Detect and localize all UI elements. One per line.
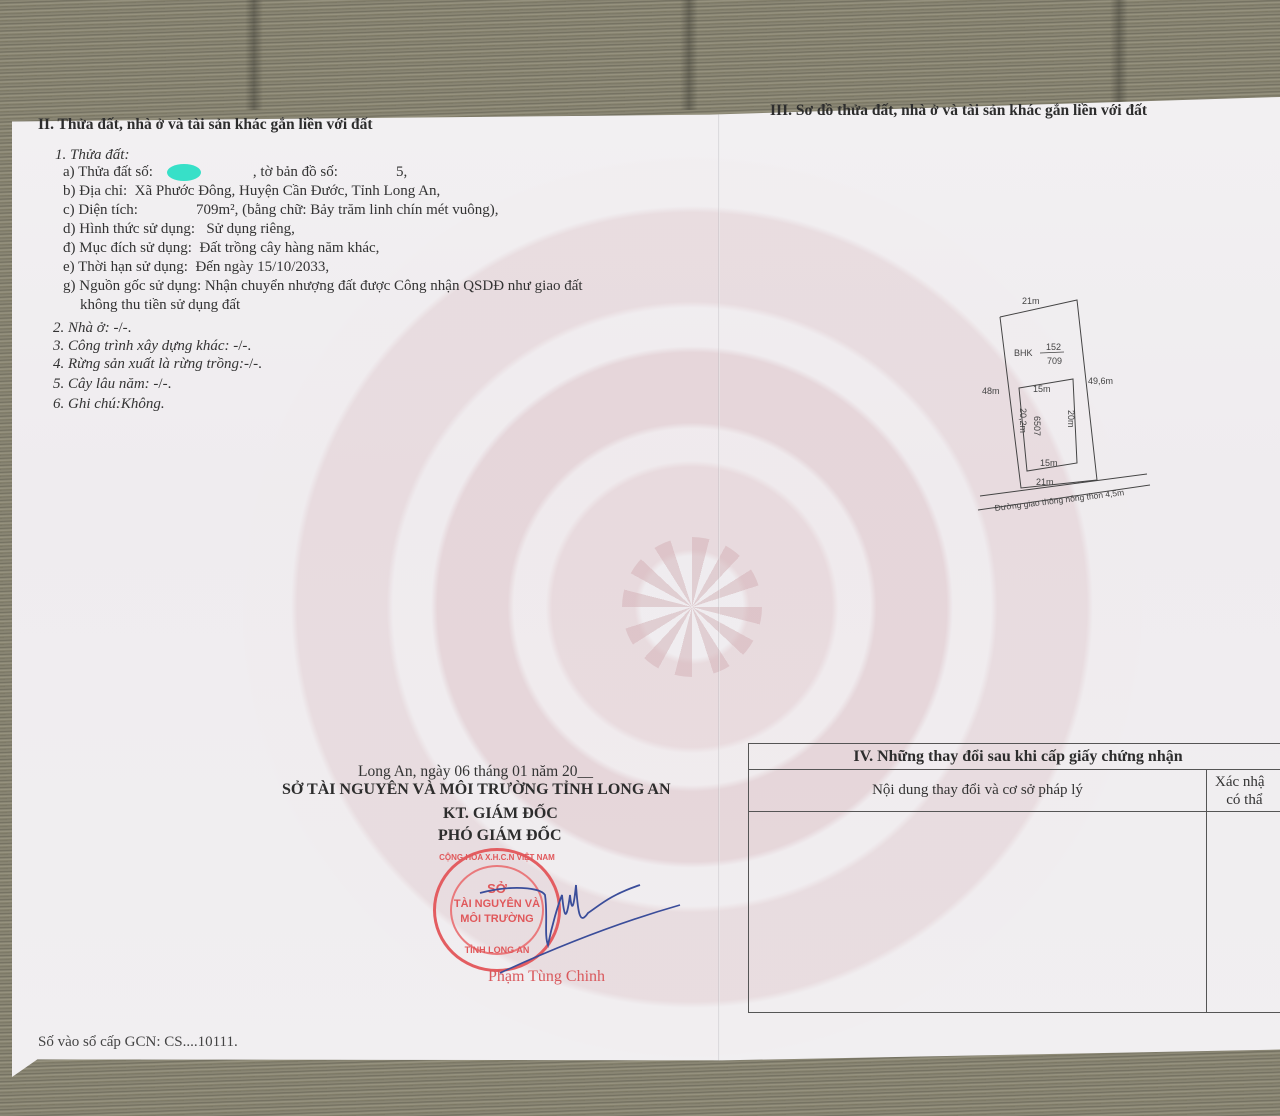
changes-content-cell [749,812,1207,1013]
usage-origin-line2: không thu tiền sử dụng đất [80,296,240,314]
section-ii-title: II. Thửa đất, nhà ở và tài sản khác gắn … [38,116,373,134]
register-number: Số vào sổ cấp GCN: CS....10111. [38,1033,238,1051]
house-row: 2. Nhà ở: -/-. [53,319,131,337]
parcel-no-label: 152 [1046,342,1061,352]
inner-left-label: 20,2m [1018,408,1028,433]
usage-purpose-row: đ) Mục đích sử dụng: Đất trồng cây hàng … [63,239,379,257]
inner-bottom-label: 15m [1040,458,1058,468]
area-row: c) Diện tích:709m², (bằng chữ: Bảy trăm … [63,201,499,219]
background-fold [680,0,698,110]
note-value: Không. [121,396,165,412]
left-edge-label: 48m [982,386,1000,396]
stamp-top-text: CỘNG HÒA X.H.C.N VIỆT NAM [436,853,558,862]
changes-col-confirm-header: Xác nhậ có thẩ [1207,770,1280,812]
changes-confirm-cell [1207,812,1280,1013]
parcel-number-label: a) Thửa đất số: [63,164,153,180]
land-code-label: BHK [1014,348,1033,358]
redaction-mark [167,164,201,181]
page-spine [718,97,720,1077]
changes-col-content-header: Nội dung thay đổi và cơ sở pháp lý [749,770,1207,812]
inner-building-label: 6507 [1032,416,1042,436]
area-value: 709m², (bằng chữ: Bảy trăm linh chín mét… [196,202,499,218]
other-construction-value: -/-. [233,338,251,354]
address-label: b) Địa chỉ: [63,183,127,199]
area-label: c) Diện tích: [63,202,138,218]
other-construction-row: 3. Công trình xây dựng khác: -/-. [53,337,251,355]
usage-term-label: e) Thời hạn sử dụng: [63,259,188,275]
changes-table-title: IV. Những thay đổi sau khi cấp giấy chứn… [749,744,1280,770]
perennial-row: 5. Cây lâu năm: -/-. [53,375,171,393]
usage-form-value: Sử dụng riêng, [206,221,295,237]
parcel-area-label: 709 [1047,356,1062,366]
background-fold [1110,0,1128,110]
road-label: Đường giao thông nông thôn 4,5m [994,487,1125,513]
forest-row: 4. Rừng sản xuất là rừng trồng:-/-. [53,355,262,373]
usage-origin-label: g) Nguồn gốc sử dụng: [63,278,201,294]
note-label: 6. Ghi chú: [53,396,121,412]
signature-scribble [470,865,690,975]
issuing-agency: SỞ TÀI NGUYÊN VÀ MÔI TRƯỜNG TỈNH LONG AN [282,781,671,799]
top-edge-label: 21m [1022,296,1040,306]
house-label: 2. Nhà ở: [53,320,110,336]
signing-date: Long An, ngày 06 tháng 01 năm 20__ [358,763,593,781]
inner-top-label: 15m [1033,384,1051,394]
parcel-heading: 1. Thửa đất: [55,146,129,164]
usage-term-value: Đến ngày 15/10/2033, [195,259,329,275]
right-edge-label: 49,6m [1088,376,1113,386]
section-iii-title: III. Sơ đồ thửa đất, nhà ở và tài sản kh… [770,102,1147,120]
perennial-value: -/-. [153,376,171,392]
usage-purpose-value: Đất trồng cây hàng năm khác, [199,240,379,256]
parcel-diagram: 21m BHK 152 709 48m 49,6m 15m 15m 20,2m … [960,280,1180,610]
usage-origin-value: Nhận chuyển nhượng đất được Công nhận QS… [205,278,583,294]
usage-form-label: d) Hình thức sử dụng: [63,221,195,237]
parcel-number-row: a) Thửa đất số:, tờ bản đồ số:5, [63,163,407,181]
usage-term-row: e) Thời hạn sử dụng: Đến ngày 15/10/2033… [63,258,329,276]
usage-purpose-label: đ) Mục đích sử dụng: [63,240,192,256]
background-fold [245,0,263,110]
bottom-edge-label: 21m [1036,477,1054,487]
note-row: 6. Ghi chú:Không. [53,395,165,413]
signer-role-2: PHÓ GIÁM ĐỐC [438,827,562,845]
map-sheet-label: , tờ bản đồ số: [253,164,338,180]
confirm-header-line2: có thẩ [1226,792,1262,808]
address-value: Xã Phước Đông, Huyện Cần Đước, Tỉnh Long… [135,183,441,199]
map-sheet-value: 5, [396,164,407,180]
usage-form-row: d) Hình thức sử dụng: Sử dụng riêng, [63,220,295,238]
changes-table: IV. Những thay đổi sau khi cấp giấy chứn… [748,743,1280,1013]
perennial-label: 5. Cây lâu năm: [53,376,150,392]
other-construction-label: 3. Công trình xây dựng khác: [53,338,229,354]
house-value: -/-. [114,320,132,336]
forest-value: -/-. [244,356,262,372]
signer-role-1: KT. GIÁM ĐỐC [443,805,558,823]
forest-label: 4. Rừng sản xuất là rừng trồng: [53,356,244,372]
signer-name: Phạm Tùng Chinh [488,968,605,986]
confirm-header-line1: Xác nhậ [1215,774,1265,790]
inner-right-label: 20m [1066,410,1076,428]
address-row: b) Địa chỉ: Xã Phước Đông, Huyện Cần Đướ… [63,182,440,200]
usage-origin-row: g) Nguồn gốc sử dụng: Nhận chuyển nhượng… [63,277,583,295]
